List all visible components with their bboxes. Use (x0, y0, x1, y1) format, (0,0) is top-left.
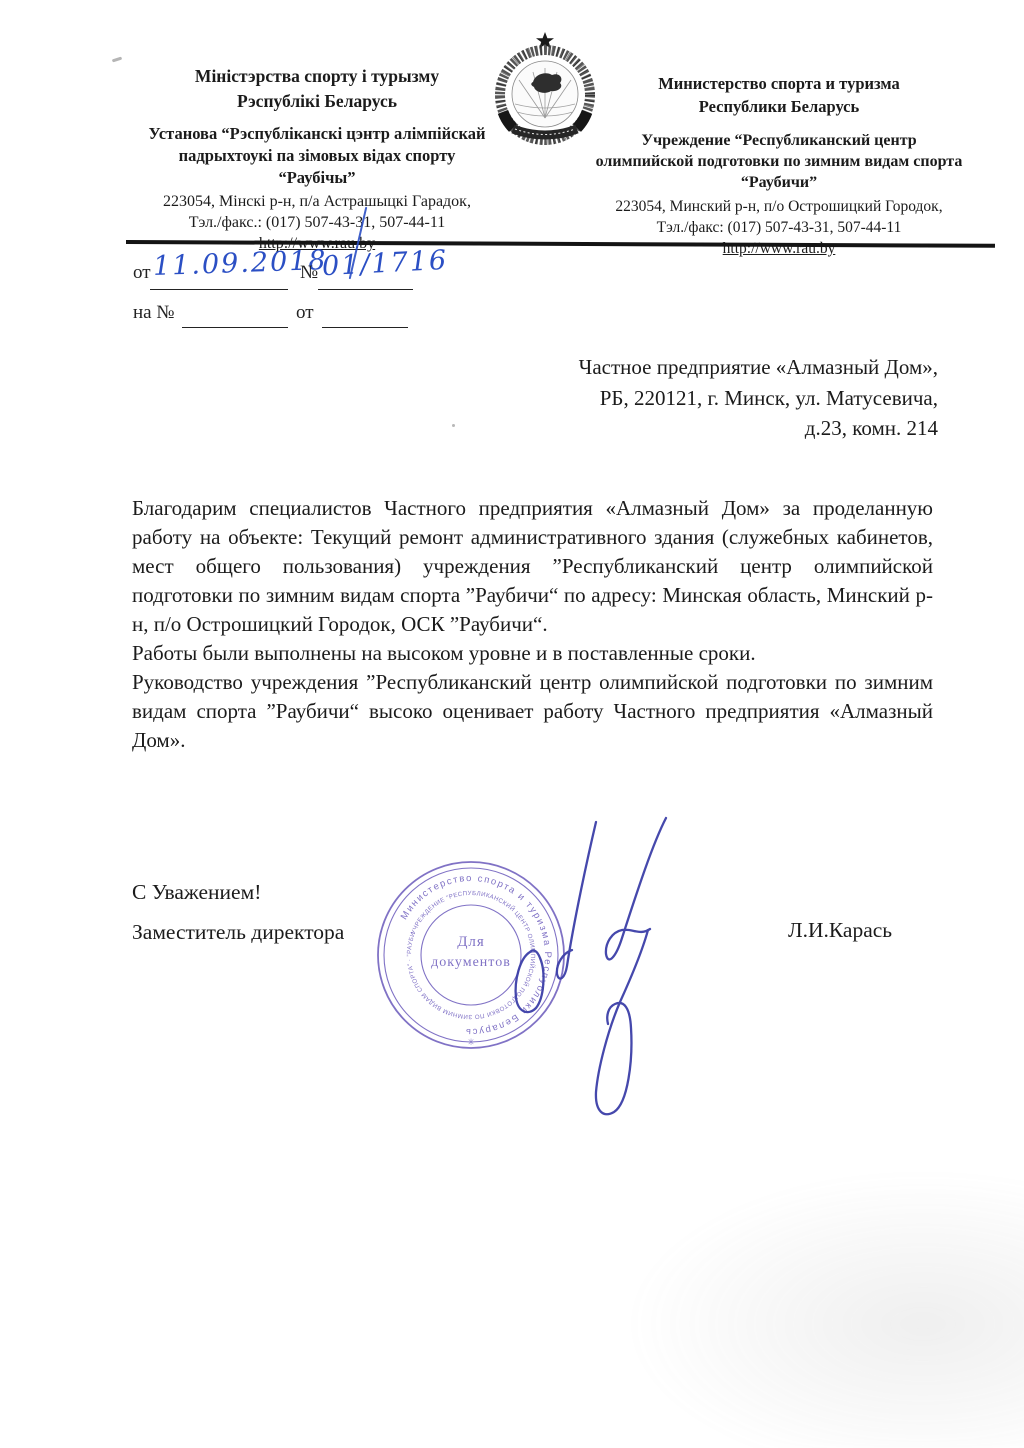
body-paragraph-1: Благодарим специалистов Частного предпри… (132, 494, 933, 639)
ministry-name-by-line2: Рэспублікі Беларусь (138, 89, 496, 114)
recipient-line2: РБ, 220121, г. Минск, ул. Матусевича, (478, 383, 938, 414)
scanned-letter-page: Міністэрства спорту і турызму Рэспублікі… (0, 0, 1024, 1448)
closing-block: С Уважением! Заместитель директора (132, 872, 344, 952)
signer-position: Заместитель директора (132, 912, 344, 952)
reply-date-blank-line (322, 326, 408, 328)
phone-ru: Тэл./факс: (017) 507-43-31, 507-44-11 (588, 217, 970, 238)
belarus-coat-of-arms-icon (487, 28, 603, 150)
institution-name-ru-line2: олимпийской подготовки по зимним видам с… (588, 151, 970, 172)
ministry-name-ru-line2: Республики Беларусь (588, 95, 970, 118)
address-by: 223054, Мінскі р-н, п/а Астрашыцкі Гарад… (138, 191, 496, 212)
body-paragraph-2: Работы были выполнены на высоком уровне … (132, 639, 933, 668)
doc-number-label: № (300, 262, 318, 284)
recipient-line1: Частное предприятие «Алмазный Дом», (478, 352, 938, 383)
date-from-label: от (133, 262, 151, 284)
signer-name: Л.И.Карась (788, 918, 892, 943)
stamp-bottom-star: ✳ (467, 1037, 475, 1047)
handwritten-signature (500, 790, 715, 1140)
reply-date-label: от (296, 302, 314, 324)
institution-name-by-line1: Установа “Рэспубліканскі цэнтр алімпійск… (138, 123, 496, 145)
institution-name-by-line2: падрыхтоукі па зімовых відах спорту (138, 145, 496, 167)
letterhead-right: Министерство спорта и туризма Республики… (588, 72, 970, 259)
ministry-name-by-line1: Міністэрства спорту і турызму (138, 64, 496, 89)
website-url-ru: http://www.rau.by (588, 238, 970, 259)
stamp-center-line1: Для (457, 934, 485, 950)
ministry-name-ru-line1: Министерство спорта и туризма (588, 72, 970, 95)
institution-name-by-line3: “Раубічы” (138, 167, 496, 189)
scan-speck-artifact (112, 57, 122, 63)
reply-number-blank-line (182, 326, 288, 328)
closing-salutation: С Уважением! (132, 872, 344, 912)
date-blank-line (150, 288, 288, 290)
reply-to-number-label: на № (133, 302, 174, 324)
scan-smudge-artifact (624, 1170, 1024, 1448)
address-ru: 223054, Минский р-н, п/о Острошицкий Гор… (588, 196, 970, 217)
body-paragraph-3: Руководство учреждения ”Республиканский … (132, 668, 933, 755)
handwritten-doc-number: 01/1716 (321, 245, 449, 283)
recipient-line3: д.23, комн. 214 (478, 413, 938, 444)
letterhead-left: Міністэрства спорту і турызму Рэспублікі… (138, 64, 496, 254)
number-blank-line (318, 288, 413, 290)
scan-dot-artifact (452, 424, 455, 427)
institution-name-ru-line1: Учреждение “Республиканский центр (588, 130, 970, 151)
recipient-address-block: Частное предприятие «Алмазный Дом», РБ, … (478, 352, 938, 444)
stamp-center-line2: документов (431, 955, 511, 970)
phone-by: Тэл./факс.: (017) 507-43-31, 507-44-11 (138, 212, 496, 233)
letter-body: Благодарим специалистов Частного предпри… (132, 494, 933, 755)
institution-name-ru-line3: “Раубичи” (588, 172, 970, 193)
